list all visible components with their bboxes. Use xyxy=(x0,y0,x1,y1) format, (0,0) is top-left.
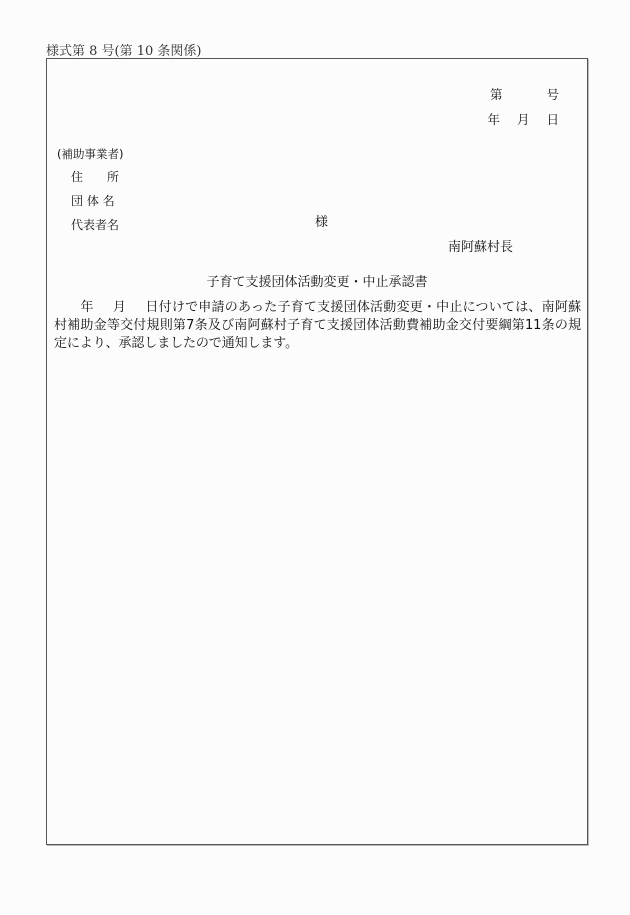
body-paragraph: 年月日付けで申請のあった子育て支援団体活動変更・中止については、南阿蘇村補助金等… xyxy=(54,299,581,353)
issue-date-row: 年月日 xyxy=(487,110,559,128)
body-text: 日付けで申請のあった子育て支援団体活動変更・中止については、南阿蘇村補助金等交付… xyxy=(54,300,581,351)
date-month: 月 xyxy=(517,110,530,128)
representative-name-label: 代表者名 xyxy=(71,216,119,233)
applicant-header: (補助事業者) xyxy=(57,146,123,162)
number-suffix: 号 xyxy=(546,85,559,103)
honorific-sama: 様 xyxy=(315,211,328,230)
document-frame: 第号 年月日 (補助事業者) 住 所 団 体 名 代表者名 様 南阿蘇村長 子育… xyxy=(46,58,588,845)
document-title: 子育て支援団体活動変更・中止承認書 xyxy=(47,271,587,290)
number-prefix: 第 xyxy=(490,85,503,103)
body-month: 月 xyxy=(113,300,127,315)
date-year: 年 xyxy=(487,110,500,128)
organization-name-label: 団 体 名 xyxy=(71,192,115,209)
document-number-row: 第号 xyxy=(490,85,559,103)
body-year: 年 xyxy=(80,300,94,315)
address-label: 住 所 xyxy=(71,168,119,185)
issuer-name: 南阿蘇村長 xyxy=(448,236,513,255)
date-day: 日 xyxy=(546,110,559,128)
form-number-label: 様式第 8 号(第 10 条関係) xyxy=(46,40,202,59)
